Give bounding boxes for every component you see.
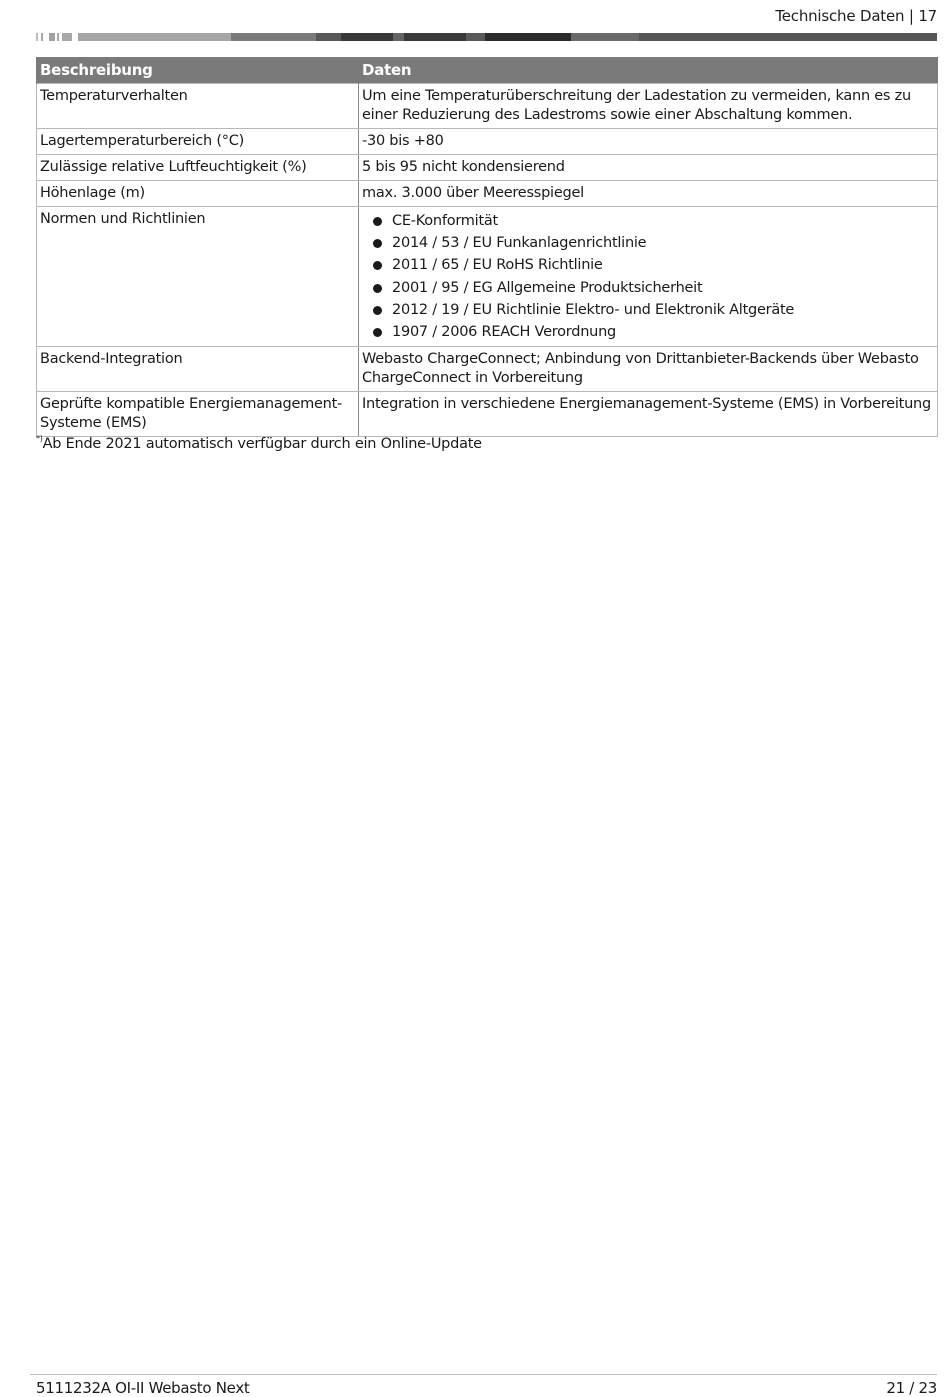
row-data: Webasto ChargeConnect; Anbindung von Dri… xyxy=(359,347,938,392)
list-item: 2014 / 53 / EU Funkanlagenrichtlinie xyxy=(362,232,934,254)
table-row: Temperaturverhalten Um eine Temperaturüb… xyxy=(37,84,938,129)
footer-divider xyxy=(30,1374,937,1375)
footer-document-id: 5111232A OI-II Webasto Next xyxy=(36,1379,249,1397)
decorative-header-bar xyxy=(36,33,937,41)
table-row: Geprüfte kompatible Energiemanagement-Sy… xyxy=(37,392,938,437)
row-data: max. 3.000 über Meeresspiegel xyxy=(359,181,938,207)
row-data-norms-list: CE-Konformität 2014 / 53 / EU Funkanlage… xyxy=(359,207,938,347)
row-description: Höhenlage (m) xyxy=(37,181,359,207)
row-description: Zulässige relative Luftfeuchtigkeit (%) xyxy=(37,155,359,181)
row-data: 5 bis 95 nicht kondensierend xyxy=(359,155,938,181)
list-item: 1907 / 2006 REACH Verordnung xyxy=(362,321,934,343)
row-data: Um eine Temperaturüberschreitung der Lad… xyxy=(359,84,938,129)
footer-page-indicator: 21 / 23 xyxy=(886,1379,937,1397)
table-row: Zulässige relative Luftfeuchtigkeit (%) … xyxy=(37,155,938,181)
list-item: 2011 / 65 / EU RoHS Richtlinie xyxy=(362,254,934,276)
table-row: Lagertemperaturbereich (°C) -30 bis +80 xyxy=(37,129,938,155)
list-item: 2012 / 19 / EU Richtlinie Elektro- und E… xyxy=(362,299,934,321)
table-row: Normen und Richtlinien CE-Konformität 20… xyxy=(37,207,938,347)
technical-data-table: Beschreibung Daten Temperaturverhalten U… xyxy=(36,57,938,437)
row-description: Geprüfte kompatible Energiemanagement-Sy… xyxy=(37,392,359,437)
list-item: CE-Konformität xyxy=(362,210,934,232)
footnote: *)Ab Ende 2021 automatisch verfügbar dur… xyxy=(36,434,482,452)
footnote-text: Ab Ende 2021 automatisch verfügbar durch… xyxy=(43,436,482,452)
section-header-title: Technische Daten | 17 xyxy=(775,7,937,25)
row-data: -30 bis +80 xyxy=(359,129,938,155)
table-row: Höhenlage (m) max. 3.000 über Meeresspie… xyxy=(37,181,938,207)
row-description: Lagertemperaturbereich (°C) xyxy=(37,129,359,155)
column-header-description: Beschreibung xyxy=(37,57,359,84)
row-description: Normen und Richtlinien xyxy=(37,207,359,347)
table-header-row: Beschreibung Daten xyxy=(37,57,938,84)
column-header-data: Daten xyxy=(359,57,938,84)
row-description: Backend-Integration xyxy=(37,347,359,392)
list-item: 2001 / 95 / EG Allgemeine Produktsicherh… xyxy=(362,277,934,299)
row-data: Integration in verschiedene Energiemanag… xyxy=(359,392,938,437)
table-row: Backend-Integration Webasto ChargeConnec… xyxy=(37,347,938,392)
footnote-marker: *) xyxy=(36,434,43,443)
row-description: Temperaturverhalten xyxy=(37,84,359,129)
norms-list: CE-Konformität 2014 / 53 / EU Funkanlage… xyxy=(362,210,934,343)
